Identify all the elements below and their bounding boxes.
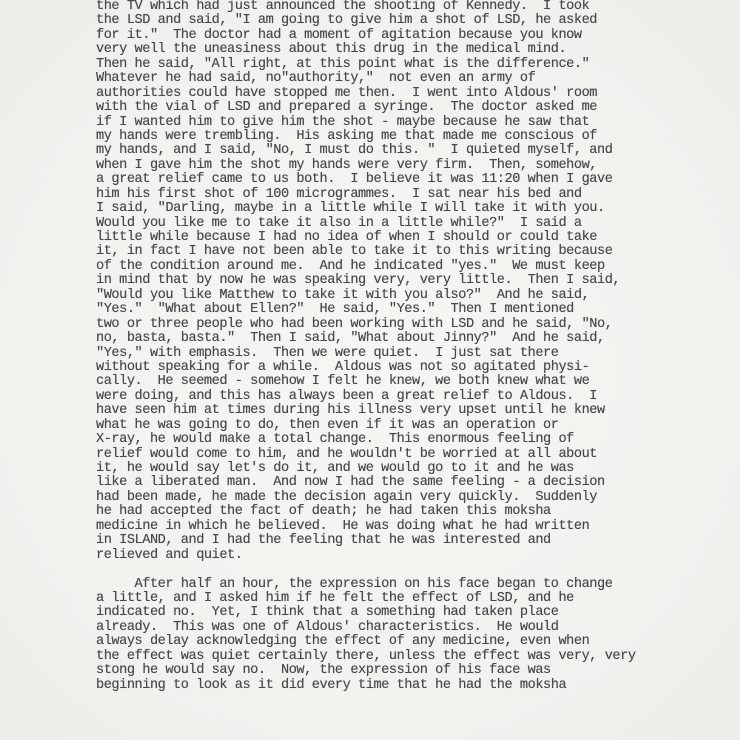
text-line: very well the uneasiness about this drug… <box>96 43 736 57</box>
text-line: with the vial of LSD and prepared a syri… <box>96 101 736 115</box>
text-line: relieved and quiet. <box>96 549 736 563</box>
text-line: the TV which had just announced the shoo… <box>96 0 736 14</box>
text-line: I said, "Darling, maybe in a little whil… <box>96 202 736 216</box>
text-line: my hands, and I said, "No, I must do thi… <box>96 144 736 158</box>
text-line: After half an hour, the expression on hi… <box>96 578 736 592</box>
text-line: authorities could have stopped me then. … <box>96 87 736 101</box>
text-line: relief would come to him, and he wouldn'… <box>96 448 736 462</box>
text-line: "Would you like Matthew to take it with … <box>96 289 736 303</box>
text-line: he had accepted the fact of death; he ha… <box>96 505 736 519</box>
text-line: X-ray, he would make a total change. Thi… <box>96 433 736 447</box>
text-line: Would you like me to take it also in a l… <box>96 217 736 231</box>
text-line: always delay acknowledging the effect of… <box>96 635 736 649</box>
text-line: him his first shot of 100 microgrammes. … <box>96 188 736 202</box>
text-line: "Yes." "What about Ellen?" He said, "Yes… <box>96 303 736 317</box>
text-line: it, he would say let's do it, and we wou… <box>96 462 736 476</box>
paragraph-break <box>96 563 736 577</box>
text-line: already. This was one of Aldous' charact… <box>96 621 736 635</box>
text-line: the effect was quiet certainly there, un… <box>96 650 736 664</box>
text-line: had been made, he made the decision agai… <box>96 491 736 505</box>
text-line: my hands were trembling. His asking me t… <box>96 130 736 144</box>
text-line: Whatever he had said, no"authority," not… <box>96 72 736 86</box>
text-line: no, basta, basta." Then I said, "What ab… <box>96 332 736 346</box>
text-line: indicated no. Yet, I think that a someth… <box>96 606 736 620</box>
text-line: beginning to look as it did every time t… <box>96 679 736 693</box>
text-line: have seen him at times during his illnes… <box>96 404 736 418</box>
text-line: stong he would say no. Now, the expressi… <box>96 664 736 678</box>
text-line: without speaking for a while. Aldous was… <box>96 361 736 375</box>
text-line: in mind that by now he was speaking very… <box>96 274 736 288</box>
text-line: like a liberated man. And now I had the … <box>96 476 736 490</box>
document-body: the TV which had just announced the shoo… <box>96 0 736 693</box>
text-line: the LSD and said, "I am going to give hi… <box>96 14 736 28</box>
text-line: it, in fact I have not been able to take… <box>96 245 736 259</box>
text-line: of the condition around me. And he indic… <box>96 260 736 274</box>
text-line: a great relief came to us both. I believ… <box>96 173 736 187</box>
paragraph: After half an hour, the expression on hi… <box>96 578 736 694</box>
text-line: in ISLAND, and I had the feeling that he… <box>96 534 736 548</box>
text-line: little while because I had no idea of wh… <box>96 231 736 245</box>
text-line: "Yes," with emphasis. Then we were quiet… <box>96 347 736 361</box>
text-line: medicine in which he believed. He was do… <box>96 520 736 534</box>
text-line: if I wanted him to give him the shot - m… <box>96 116 736 130</box>
text-line: a little, and I asked him if he felt the… <box>96 592 736 606</box>
text-line: were doing, and this has always been a g… <box>96 390 736 404</box>
text-line: when I gave him the shot my hands were v… <box>96 159 736 173</box>
text-line: Then he said, "All right, at this point … <box>96 58 736 72</box>
text-line: cally. He seemed - somehow I felt he kne… <box>96 375 736 389</box>
paragraph: the TV which had just announced the shoo… <box>96 0 736 563</box>
typewritten-page: the TV which had just announced the shoo… <box>0 0 740 740</box>
text-line: two or three people who had been working… <box>96 318 736 332</box>
text-line: what he was going to do, then even if it… <box>96 419 736 433</box>
text-line: for it." The doctor had a moment of agit… <box>96 29 736 43</box>
